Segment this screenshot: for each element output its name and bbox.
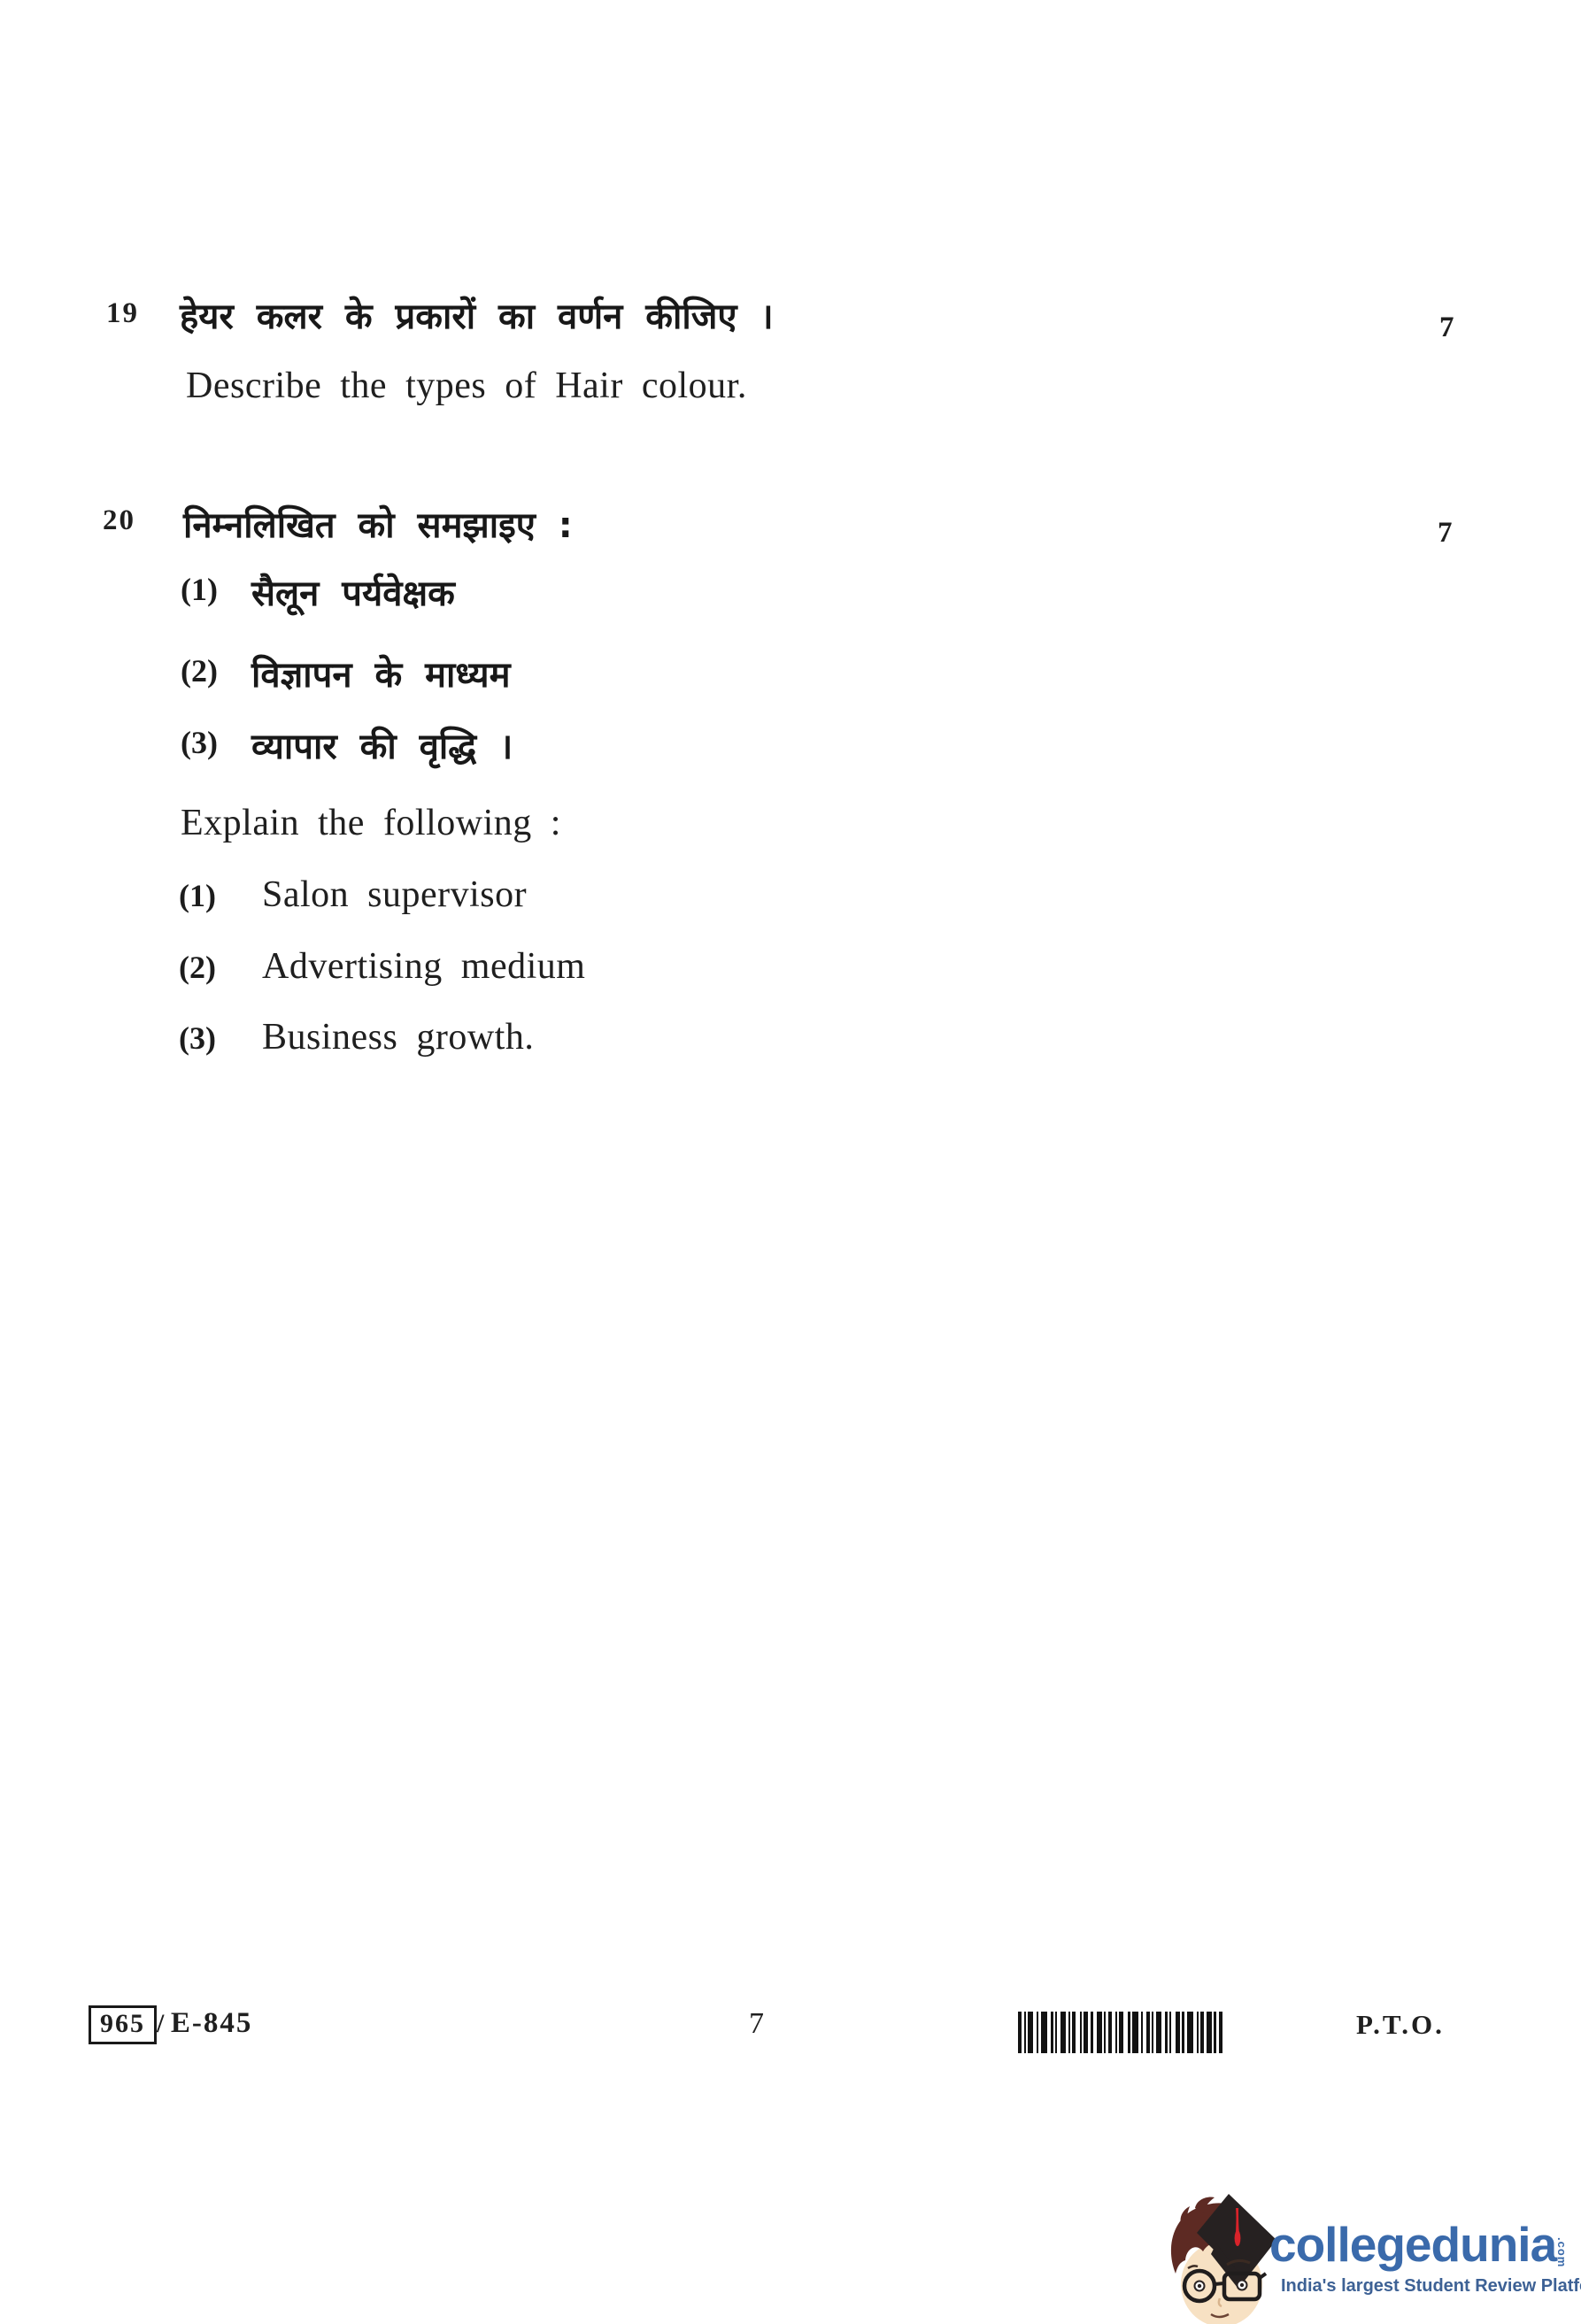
question-19-hindi-text: हेयर कलर के प्रकारों का वर्णन कीजिए । xyxy=(180,290,774,339)
english-item-2-text: Advertising medium xyxy=(262,945,585,988)
paper-code: E-845 xyxy=(171,2007,253,2039)
pto-label: P.T.O. xyxy=(1356,2009,1445,2041)
hindi-item-1-text: सैलून पर्यवेक्षक xyxy=(251,567,455,616)
barcode-icon xyxy=(1018,2012,1326,2053)
footer-paper-code: 965/ E-845 xyxy=(89,2005,252,2044)
english-item-3-text: Business growth. xyxy=(262,1016,534,1058)
question-20-marks: 7 xyxy=(1438,517,1453,550)
hindi-item-2-text: विज्ञापन के माध्यम xyxy=(251,649,511,697)
booklet-number-box: 965 xyxy=(89,2005,157,2044)
english-item-1-number: (1) xyxy=(179,877,216,914)
hindi-item-3-text: व्यापार की वृद्धि । xyxy=(251,720,513,769)
english-item-1-text: Salon supervisor xyxy=(262,873,527,916)
hindi-item-2-number: (2) xyxy=(181,652,218,689)
collegedunia-mascot-icon xyxy=(1165,2192,1282,2324)
code-separator: / xyxy=(157,2009,164,2038)
question-20-number: 20 xyxy=(103,504,135,537)
hindi-item-1-number: (1) xyxy=(181,571,218,608)
question-19-english-text: Describe the types of Hair colour. xyxy=(186,365,747,407)
question-20-english-intro: Explain the following : xyxy=(181,802,561,844)
brand-tagline: India's largest Student Review Platform xyxy=(1281,2276,1581,2297)
question-20-hindi-intro: निम्नलिखित को समझाइए : xyxy=(183,499,573,548)
question-19-marks: 7 xyxy=(1439,312,1454,344)
english-item-2-number: (2) xyxy=(179,949,216,986)
exam-paper-page: 19 हेयर कलर के प्रकारों का वर्णन कीजिए ।… xyxy=(0,0,1581,2324)
brand-domain-suffix: .com xyxy=(1555,2237,1569,2267)
brand-wordmark: collegedunia xyxy=(1269,2216,1556,2273)
english-item-3-number: (3) xyxy=(179,1020,216,1057)
question-19-number: 19 xyxy=(106,297,139,330)
hindi-item-3-number: (3) xyxy=(181,724,218,761)
page-number: 7 xyxy=(749,2007,764,2041)
